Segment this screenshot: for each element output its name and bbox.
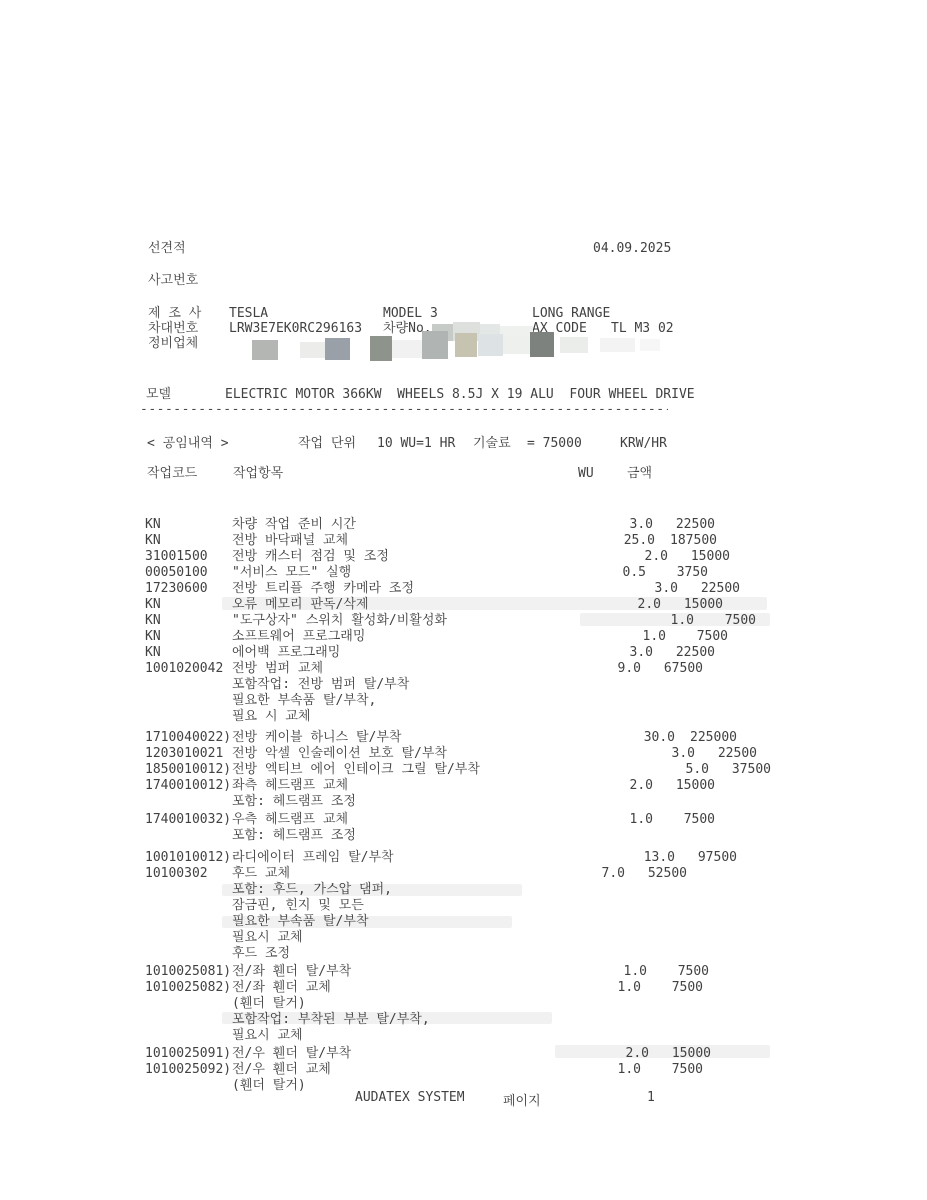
- vin-label: 차대번호: [148, 321, 198, 336]
- work-desc: 에어백 프로그래밍: [232, 645, 340, 661]
- model-spec: ELECTRIC MOTOR 366KW WHEELS 8.5J X 19 AL…: [225, 387, 695, 402]
- work-code: 17230600: [145, 581, 208, 597]
- work-wu: 1.0: [601, 1062, 641, 1078]
- work-desc: 필요한 부속품 탈/부착,: [232, 693, 376, 709]
- work-code: KN: [145, 517, 161, 533]
- work-desc: 필요한 부속품 탈/부착: [232, 914, 369, 930]
- work-item-subline: 포함작업: 부착된 부분 탈/부착,: [0, 1012, 927, 1028]
- work-amount: 15000: [668, 597, 723, 613]
- work-desc: 전/우 휀더 탈/부착: [232, 1046, 351, 1062]
- work-desc: 후드 조정: [232, 946, 290, 962]
- work-desc: 오류 메모리 판독/삭제: [232, 597, 369, 613]
- work-wu: 3.0: [638, 581, 678, 597]
- work-amount: 7500: [654, 964, 709, 980]
- work-wu: 2.0: [609, 1046, 649, 1062]
- redaction-block: [600, 338, 635, 352]
- col-header-amount: 금액: [627, 466, 652, 481]
- work-code: 1010025091): [145, 1046, 231, 1062]
- work-item-row: 00050100"서비스 모드" 실행0.53750: [0, 565, 927, 581]
- work-amount: 15000: [675, 549, 730, 565]
- work-item-subline: 필요 시 교체: [0, 709, 927, 725]
- work-wu: 13.0: [635, 850, 675, 866]
- redaction-block: [640, 339, 660, 351]
- work-wu: 1.0: [601, 980, 641, 996]
- work-desc: 잠금핀, 힌지 및 모든: [232, 898, 364, 914]
- work-desc: 전방 범퍼 교체: [232, 661, 323, 677]
- work-item-subline: 후드 조정: [0, 946, 927, 962]
- work-desc: 필요 시 교체: [232, 709, 310, 725]
- work-wu: 3.0: [613, 645, 653, 661]
- work-code: 1850010012): [145, 762, 231, 778]
- work-desc: 전/좌 휀더 탈/부착: [232, 964, 351, 980]
- work-amount: 7500: [648, 980, 703, 996]
- work-wu: 9.0: [601, 661, 641, 677]
- accident-number-label: 사고번호: [148, 273, 198, 288]
- work-item-row: 1010025091)전/우 휀더 탈/부착2.015000: [0, 1046, 927, 1062]
- work-item-subline: 포함: 후드, 가스압 댐퍼,: [0, 882, 927, 898]
- work-wu: 3.0: [655, 746, 695, 762]
- work-code: 1740010032): [145, 812, 231, 828]
- work-item-row: 1740010012)좌측 헤드램프 교체2.015000: [0, 778, 927, 794]
- work-item-subline: 포함작업: 전방 범퍼 탈/부착: [0, 677, 927, 693]
- work-code: 1740010012): [145, 778, 231, 794]
- work-desc: 후드 교체: [232, 866, 290, 882]
- work-amount: 15000: [660, 778, 715, 794]
- work-item-row: KN전방 바닥패널 교체25.0187500: [0, 533, 927, 549]
- work-item-row: KN오류 메모리 판독/삭제2.015000: [0, 597, 927, 613]
- maker-value: TESLA: [229, 306, 268, 321]
- work-item-subline: 필요시 교체: [0, 1028, 927, 1044]
- work-desc: 필요시 교체: [232, 930, 303, 946]
- work-amount: 7500: [673, 629, 728, 645]
- work-desc: 전방 바닥패널 교체: [232, 533, 348, 549]
- work-desc: 소프트웨어 프로그래밍: [232, 629, 365, 645]
- work-wu: 1.0: [626, 629, 666, 645]
- work-item-subline: (휀더 탈거): [0, 996, 927, 1012]
- work-item-row: 1850010012)전방 엑티브 에어 인테이크 그릴 탈/부착5.03750…: [0, 762, 927, 778]
- work-amount: 3750: [653, 565, 708, 581]
- work-item-row: KN차량 작업 준비 시간3.022500: [0, 517, 927, 533]
- work-item-subline: 잠금핀, 힌지 및 모든: [0, 898, 927, 914]
- work-amount: 22500: [702, 746, 757, 762]
- work-item-row: 1740010032)우측 헤드램프 교체1.07500: [0, 812, 927, 828]
- work-desc: 우측 헤드램프 교체: [232, 812, 348, 828]
- work-desc: 전방 악셀 인술레이션 보호 탈/부착: [232, 746, 447, 762]
- work-item-row: 1010025082)전/좌 휀더 교체1.07500: [0, 980, 927, 996]
- work-item-row: 17230600전방 트리플 주행 카메라 조정3.022500: [0, 581, 927, 597]
- work-unit-label: 작업 단위: [298, 436, 356, 451]
- redaction-block: [370, 336, 392, 361]
- redaction-block: [455, 333, 477, 357]
- maker-label: 제 조 사: [148, 306, 201, 321]
- work-amount: 22500: [660, 517, 715, 533]
- work-code: KN: [145, 597, 161, 613]
- work-desc: 차량 작업 준비 시간: [232, 517, 356, 533]
- shop-label: 정비업체: [148, 336, 198, 351]
- work-item-row: 31001500전방 캐스터 점검 및 조정2.015000: [0, 549, 927, 565]
- section-divider: ----------------------------------------…: [140, 402, 668, 416]
- work-item-row: KN"도구상자" 스위치 활성화/비활성화1.07500: [0, 613, 927, 629]
- work-amount: 67500: [648, 661, 703, 677]
- work-code: KN: [145, 629, 161, 645]
- work-desc: 전방 트리플 주행 카메라 조정: [232, 581, 414, 597]
- work-amount: 52500: [632, 866, 687, 882]
- work-item-row: 1010025081)전/좌 휀더 탈/부착1.07500: [0, 964, 927, 980]
- estimate-date: 04.09.2025: [593, 241, 671, 256]
- work-item-row: KN소프트웨어 프로그래밍1.07500: [0, 629, 927, 645]
- work-code: 1001010012): [145, 850, 231, 866]
- doc-type-label: 선견적: [148, 241, 186, 256]
- work-wu: 25.0: [615, 533, 655, 549]
- redaction-block: [252, 340, 278, 360]
- work-desc: 좌측 헤드램프 교체: [232, 778, 348, 794]
- redaction-block: [560, 337, 588, 353]
- redaction-block: [530, 332, 554, 357]
- work-code: KN: [145, 613, 161, 629]
- redaction-block: [300, 342, 325, 358]
- labor-section-title: < 공임내역 >: [147, 436, 229, 451]
- work-desc: 전방 엑티브 에어 인테이크 그릴 탈/부착: [232, 762, 480, 778]
- work-amount: 37500: [716, 762, 771, 778]
- work-wu: 2.0: [628, 549, 668, 565]
- repair-estimate-document: 선견적 04.09.2025 사고번호 제 조 사 TESLA MODEL 3 …: [0, 0, 927, 1200]
- work-desc: 포함: 후드, 가스압 댐퍼,: [232, 882, 392, 898]
- work-amount: 15000: [656, 1046, 711, 1062]
- work-wu: 30.0: [635, 730, 675, 746]
- work-code: 1010025081): [145, 964, 231, 980]
- work-desc: 라디에이터 프레임 탈/부착: [232, 850, 394, 866]
- redaction-block: [503, 336, 530, 354]
- work-wu: 2.0: [613, 778, 653, 794]
- work-amount: 22500: [660, 645, 715, 661]
- work-code: 1710040022): [145, 730, 231, 746]
- col-header-code: 작업코드: [147, 466, 197, 481]
- redaction-block: [325, 338, 350, 360]
- work-wu: 3.0: [613, 517, 653, 533]
- work-item-subline: 포함: 헤드램프 조정: [0, 794, 927, 810]
- work-item-row: 1001020042전방 범퍼 교체9.067500: [0, 661, 927, 677]
- work-desc: (휀더 탈거): [232, 1078, 306, 1094]
- work-code: 1203010021: [145, 746, 223, 762]
- work-amount: 7500: [648, 1062, 703, 1078]
- model-name: MODEL 3: [383, 306, 438, 321]
- col-header-wu: WU: [578, 466, 594, 481]
- tech-fee-unit: KRW/HR: [620, 436, 667, 451]
- work-wu: 1.0: [654, 613, 694, 629]
- work-wu: 5.0: [669, 762, 709, 778]
- tech-fee-label: 기술료: [473, 436, 511, 451]
- work-amount: 187500: [662, 533, 717, 549]
- trim-level: LONG RANGE: [532, 306, 610, 321]
- work-item-subline: 필요한 부속품 탈/부착,: [0, 693, 927, 709]
- work-desc: 포함: 헤드램프 조정: [232, 828, 356, 844]
- work-desc: 필요시 교체: [232, 1028, 303, 1044]
- work-item-row: KN에어백 프로그래밍3.022500: [0, 645, 927, 661]
- work-code: 1010025082): [145, 980, 231, 996]
- page-number: 1: [647, 1090, 655, 1105]
- work-desc: 포함작업: 부착된 부분 탈/부착,: [232, 1012, 430, 1028]
- redaction-block: [478, 334, 503, 356]
- work-wu: 2.0: [621, 597, 661, 613]
- work-code: 00050100: [145, 565, 208, 581]
- work-item-row: 1001010012)라디에이터 프레임 탈/부착13.097500: [0, 850, 927, 866]
- col-header-item: 작업항목: [233, 466, 283, 481]
- work-wu: 1.0: [613, 812, 653, 828]
- work-item-row: 10100302후드 교체7.052500: [0, 866, 927, 882]
- work-code: KN: [145, 645, 161, 661]
- work-desc: "도구상자" 스위치 활성화/비활성화: [232, 613, 447, 629]
- work-code: 1010025092): [145, 1062, 231, 1078]
- tech-fee-value: = 75000: [527, 436, 582, 451]
- model-label: 모델: [146, 387, 171, 402]
- work-desc: 전방 케이블 하니스 탈/부착: [232, 730, 401, 746]
- work-desc: 전/좌 휀더 교체: [232, 980, 331, 996]
- work-item-subline: 필요시 교체: [0, 930, 927, 946]
- page-label: 페이지: [503, 1090, 541, 1109]
- work-amount: 7500: [701, 613, 756, 629]
- work-wu: 1.0: [607, 964, 647, 980]
- work-item-row: 1010025092)전/우 휀더 교체1.07500: [0, 1062, 927, 1078]
- work-amount: 225000: [682, 730, 737, 746]
- work-desc: 포함: 헤드램프 조정: [232, 794, 356, 810]
- work-items-table: KN차량 작업 준비 시간3.022500KN전방 바닥패널 교체25.0187…: [0, 517, 927, 1094]
- system-name: AUDATEX SYSTEM: [355, 1090, 465, 1105]
- work-code: 31001500: [145, 549, 208, 565]
- work-desc: 전방 캐스터 점검 및 조정: [232, 549, 389, 565]
- work-wu: 0.5: [606, 565, 646, 581]
- work-desc: 포함작업: 전방 범퍼 탈/부착: [232, 677, 409, 693]
- work-desc: (휀더 탈거): [232, 996, 306, 1012]
- work-amount: 22500: [685, 581, 740, 597]
- work-amount: 7500: [660, 812, 715, 828]
- redaction-block: [422, 331, 448, 359]
- work-item-subline: 포함: 헤드램프 조정: [0, 828, 927, 844]
- ax-code-value: TL M3 02: [611, 321, 674, 336]
- vin-value: LRW3E7EK0RC296163: [229, 321, 362, 336]
- work-item-row: 1710040022)전방 케이블 하니스 탈/부착30.0225000: [0, 730, 927, 746]
- work-code: 1001020042: [145, 661, 223, 677]
- work-item-subline: 필요한 부속품 탈/부착: [0, 914, 927, 930]
- work-code: 10100302: [145, 866, 208, 882]
- work-desc: "서비스 모드" 실행: [232, 565, 351, 581]
- work-item-row: 1203010021전방 악셀 인술레이션 보호 탈/부착3.022500: [0, 746, 927, 762]
- work-code: KN: [145, 533, 161, 549]
- work-amount: 97500: [682, 850, 737, 866]
- work-unit-value: 10 WU=1 HR: [377, 436, 455, 451]
- redaction-block: [392, 340, 422, 358]
- work-desc: 전/우 휀더 교체: [232, 1062, 331, 1078]
- work-wu: 7.0: [585, 866, 625, 882]
